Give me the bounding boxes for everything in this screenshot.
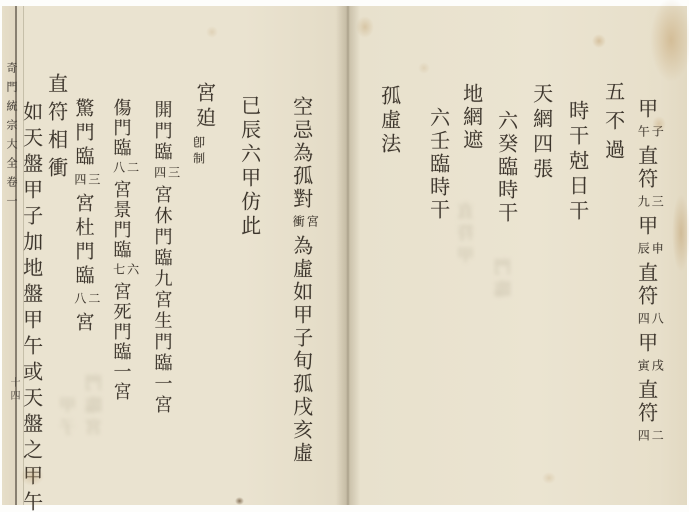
annotation-line: 三 bbox=[87, 173, 101, 187]
text-run: 天網四張 bbox=[530, 83, 552, 183]
text-run: 時干尅日干 bbox=[566, 100, 588, 225]
text-run: 甲 bbox=[635, 215, 657, 238]
col-l3-gongpo: 宮廹卽制 bbox=[192, 82, 214, 168]
double-column-annotation: 三四 bbox=[73, 172, 101, 191]
col-l5-menpo-shang-jing-si: 傷門臨二八宮景門臨六七宮死門臨一宮 bbox=[111, 98, 140, 402]
right-page: 甲子午直符三九甲申辰直符八四甲戌寅直符二四五不過時干尅日干天網四張六癸臨時干地網… bbox=[347, 6, 687, 505]
text-run: 宮休門臨九宮生門臨一宮 bbox=[152, 185, 172, 416]
col-l4-menpo-kai-xiu-sheng: 開門臨三四宮休門臨九宮生門臨一宮 bbox=[152, 100, 181, 416]
annotation-line: 四 bbox=[636, 429, 650, 443]
annotation-line: 子 bbox=[650, 125, 664, 139]
annotation-line: 二 bbox=[650, 429, 664, 443]
double-column-annotation: 二八 bbox=[112, 160, 140, 178]
col-r8-guxu-fa: 孤虛法 bbox=[377, 85, 399, 157]
col-r4-tianwang-sizhang: 天網四張 bbox=[529, 83, 551, 183]
double-column-annotation: 宮衝 bbox=[291, 213, 319, 233]
annotation-line: 四 bbox=[153, 166, 167, 180]
annotation-line: 八 bbox=[112, 161, 126, 175]
annotation-line: 三 bbox=[650, 195, 664, 209]
text-run: 傷門臨 bbox=[111, 98, 131, 158]
double-column-annotation: 二八 bbox=[73, 291, 101, 310]
annotation-line: 辰 bbox=[636, 242, 650, 256]
double-column-annotation: 子午 bbox=[636, 123, 664, 143]
manuscript-scan: 空忌為孤對宮衝為虛如甲子旬孤戌亥虛已辰六甲仿此宮廹卽制開門臨三四宮休門臨九宮生門… bbox=[2, 6, 687, 505]
text-run: 直符 bbox=[635, 145, 657, 191]
text-run: 空忌為孤對 bbox=[290, 96, 312, 211]
annotation-line: 寅 bbox=[636, 359, 650, 373]
text-run: 甲 bbox=[635, 98, 657, 121]
col-r6-diwang-zhe: 地網遮 bbox=[459, 83, 481, 152]
double-column-annotation: 六七 bbox=[112, 262, 140, 280]
annotation-line: 戌 bbox=[650, 359, 664, 373]
left-page: 空忌為孤對宮衝為虛如甲子旬孤戌亥虛已辰六甲仿此宮廹卽制開門臨三四宮休門臨九宮生門… bbox=[2, 6, 347, 505]
text-run: 直符 bbox=[635, 379, 657, 425]
annotation-line: 六 bbox=[126, 263, 140, 277]
text-run: 宮 bbox=[73, 312, 94, 336]
double-column-annotation: 八四 bbox=[636, 310, 664, 330]
text-run: 宮死門臨一宮 bbox=[111, 282, 131, 402]
annotation-line: 七 bbox=[112, 263, 126, 277]
text-run: 驚門臨 bbox=[73, 98, 94, 170]
col-r1-liujia-zhifu: 甲子午直符三九甲申辰直符八四甲戌寅直符二四 bbox=[634, 98, 664, 449]
text-run: 五不過 bbox=[602, 81, 624, 168]
annotation-line: 八 bbox=[73, 292, 87, 306]
double-column-annotation: 申辰 bbox=[636, 240, 664, 260]
annotation-line: 四 bbox=[636, 312, 650, 326]
text-run: 六壬臨時干 bbox=[427, 107, 449, 222]
book-edge-line-faint bbox=[23, 6, 24, 505]
col-l7-zhifu-xiangchong: 直符相衝 bbox=[44, 73, 66, 185]
text-run: 宮杜門臨 bbox=[73, 193, 94, 289]
col-l1-guxu-rule: 空忌為孤對宮衝為虛如甲子旬孤戌亥虛 bbox=[289, 96, 319, 465]
col-l2-guxu-rule-cont: 已辰六甲仿此 bbox=[237, 95, 259, 239]
annotation-line: 衝 bbox=[291, 215, 305, 229]
double-column-annotation: 三九 bbox=[636, 193, 664, 213]
annotation-line: 申 bbox=[650, 242, 664, 256]
double-column-annotation: 二四 bbox=[636, 427, 664, 447]
text-run: 地網遮 bbox=[460, 83, 482, 152]
annotation-line: 二 bbox=[87, 292, 101, 306]
annotation-line: 八 bbox=[650, 312, 664, 326]
text-run: 甲 bbox=[635, 332, 657, 355]
annotation-line: 午 bbox=[636, 125, 650, 139]
text-run: 直符相衝 bbox=[45, 73, 67, 185]
text-run: 六癸臨時干 bbox=[495, 110, 517, 225]
interlinear-gloss: 卽制 bbox=[192, 136, 205, 168]
double-column-annotation: 戌寅 bbox=[636, 357, 664, 377]
text-run: 開門臨 bbox=[152, 100, 172, 163]
text-run: 宮廹 bbox=[193, 82, 215, 132]
double-column-annotation: 三四 bbox=[153, 165, 181, 183]
col-l6-menpo-jing-du: 驚門臨三四宮杜門臨二八宮 bbox=[72, 98, 101, 336]
text-run: 為虛如甲子旬孤戌亥虛 bbox=[290, 235, 312, 465]
text-run: 孤虛法 bbox=[378, 85, 400, 157]
annotation-line: 四 bbox=[73, 173, 87, 187]
page-number: 十四 bbox=[6, 377, 21, 403]
annotation-line: 二 bbox=[126, 161, 140, 175]
spine-title: 奇門統宗大全卷一 bbox=[3, 62, 19, 214]
annotation-line: 九 bbox=[636, 195, 650, 209]
text-run: 宮景門臨 bbox=[111, 180, 131, 260]
text-run: 已辰六甲仿此 bbox=[238, 95, 260, 239]
text-run: 直符 bbox=[635, 262, 657, 308]
annotation-line: 宮 bbox=[305, 215, 319, 229]
col-r2-wu-bu-guo: 五不過 bbox=[601, 81, 623, 168]
annotation-line: 三 bbox=[167, 166, 181, 180]
col-r7-liuren-lin-shigan: 六壬臨時干 bbox=[426, 107, 448, 222]
col-r3-shigan-ke-rigan: 時干尅日干 bbox=[565, 100, 587, 225]
col-r5-liugui-lin-shigan: 六癸臨時干 bbox=[494, 110, 516, 225]
